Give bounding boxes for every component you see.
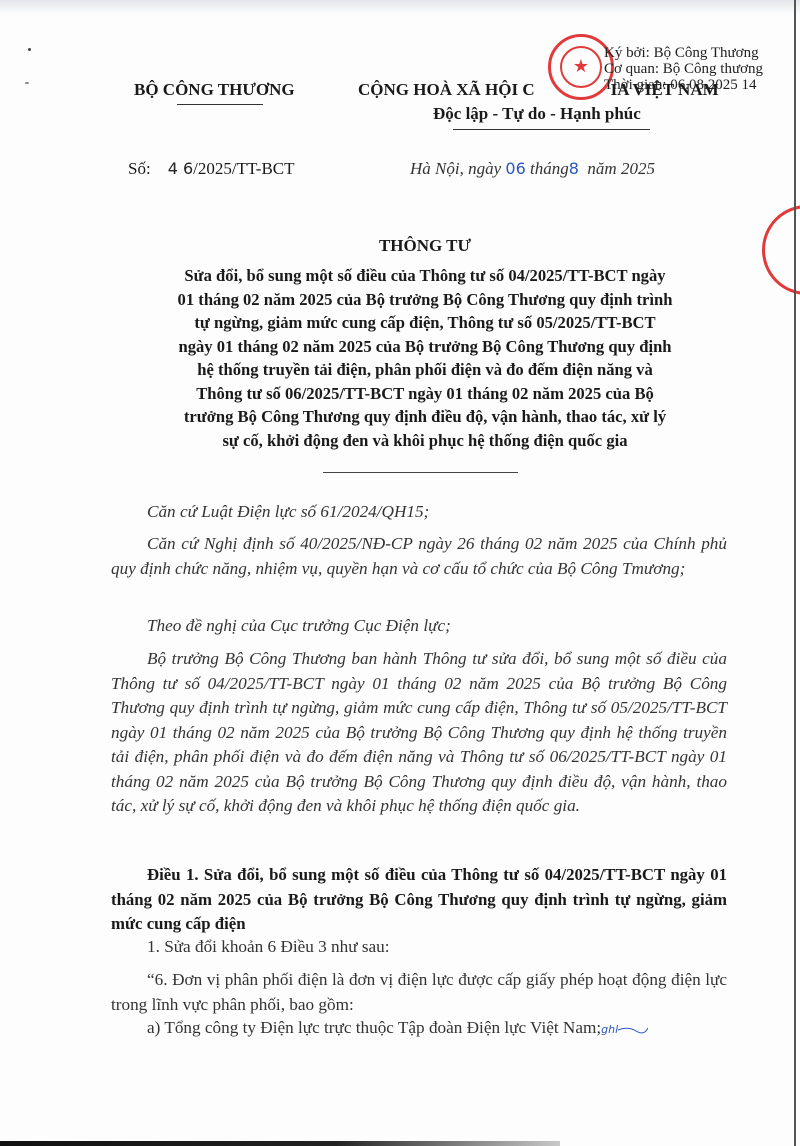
legal-basis-decree: Căn cứ Nghị định số 40/2025/NĐ-CP ngày 2… (111, 532, 727, 581)
day-handwritten: 06 (505, 159, 525, 178)
national-motto: Độc lập - Tự do - Hạnh phúc (433, 104, 641, 124)
page-edge-right (794, 0, 796, 1146)
place-and-date: Hà Nội, ngày 06 tháng8 năm 2025 (410, 159, 655, 179)
item-a: a) Tổng công ty Điện lực trực thuộc Tập … (111, 1016, 727, 1043)
month-label: tháng (530, 159, 569, 178)
doc-number-suffix: /2025/TT-BCT (193, 159, 294, 178)
issuing-ministry: BỘ CÔNG THƯƠNG (134, 80, 295, 100)
summary-line: tự ngừng, giảm mức cung cấp điện, Thông … (100, 311, 750, 335)
year-text: năm 2025 (587, 159, 655, 178)
initial-signature-mark: ghl (601, 1023, 618, 1036)
signing-agency: Cơ quan: Bộ Công thương (604, 61, 763, 77)
summary-line: hệ thống truyền tải điện, phân phối điện… (100, 358, 750, 382)
summary-line: Thông tư số 06/2025/TT-BCT ngày 01 tháng… (100, 382, 750, 406)
preamble: Bộ trưởng Bộ Công Thương ban hành Thông … (111, 647, 727, 819)
summary-line: ngày 01 tháng 02 năm 2025 của Bộ trưởng … (100, 335, 750, 359)
star-emblem-icon: ★ (560, 46, 602, 88)
scan-speck (25, 82, 29, 84)
article-1-heading: Điều 1. Sửa đổi, bổ sung một số điều của… (111, 863, 727, 937)
signing-time: Thời gian: 06.08.2025 14 (604, 77, 763, 93)
scan-shadow (0, 0, 800, 14)
title-separator (323, 472, 518, 473)
legal-basis-proposal: Theo đề nghị của Cục trưởng Cục Điện lực… (111, 614, 727, 639)
digital-signature-info: Ký bởi: Bộ Công Thương Cơ quan: Bộ Công … (604, 45, 763, 93)
clause-6-definition: “6. Đơn vị phân phối điện là đơn vị điện… (111, 968, 727, 1017)
summary-line: 01 tháng 02 năm 2025 của Bộ trưởng Bộ Cô… (100, 288, 750, 312)
month-handwritten: 8 (569, 159, 579, 178)
summary-line: Sửa đổi, bổ sung một số điều của Thông t… (100, 264, 750, 288)
doc-number-label: Số: (128, 159, 151, 178)
motto-underline (453, 129, 650, 130)
ministry-underline (177, 104, 263, 105)
summary-line: sự cố, khởi động đen và khôi phục hệ thố… (100, 429, 750, 453)
place-label: Hà Nội, ngày (410, 159, 501, 178)
scan-speck (28, 48, 31, 51)
signature-stroke-icon (618, 1024, 648, 1034)
document-type: THÔNG TƯ (100, 236, 750, 256)
page-edge-bottom (0, 1141, 560, 1146)
legal-basis-law: Căn cứ Luật Điện lực số 61/2024/QH15; (111, 500, 727, 525)
document-number: Số: 4 6/2025/TT-BCT (128, 159, 295, 179)
signed-by: Ký bởi: Bộ Công Thương (604, 45, 763, 61)
item-a-text: a) Tổng công ty Điện lực trực thuộc Tập … (147, 1018, 601, 1037)
doc-number-handwritten: 4 6 (168, 159, 193, 178)
clause-1: 1. Sửa đổi khoản 6 Điều 3 như sau: (111, 935, 727, 960)
national-title-head: CỘNG HOÀ XÃ HỘI C (358, 80, 535, 99)
summary-line: trưởng Bộ Công Thương quy định điều độ, … (100, 405, 750, 429)
document-summary: Sửa đổi, bổ sung một số điều của Thông t… (100, 264, 750, 452)
